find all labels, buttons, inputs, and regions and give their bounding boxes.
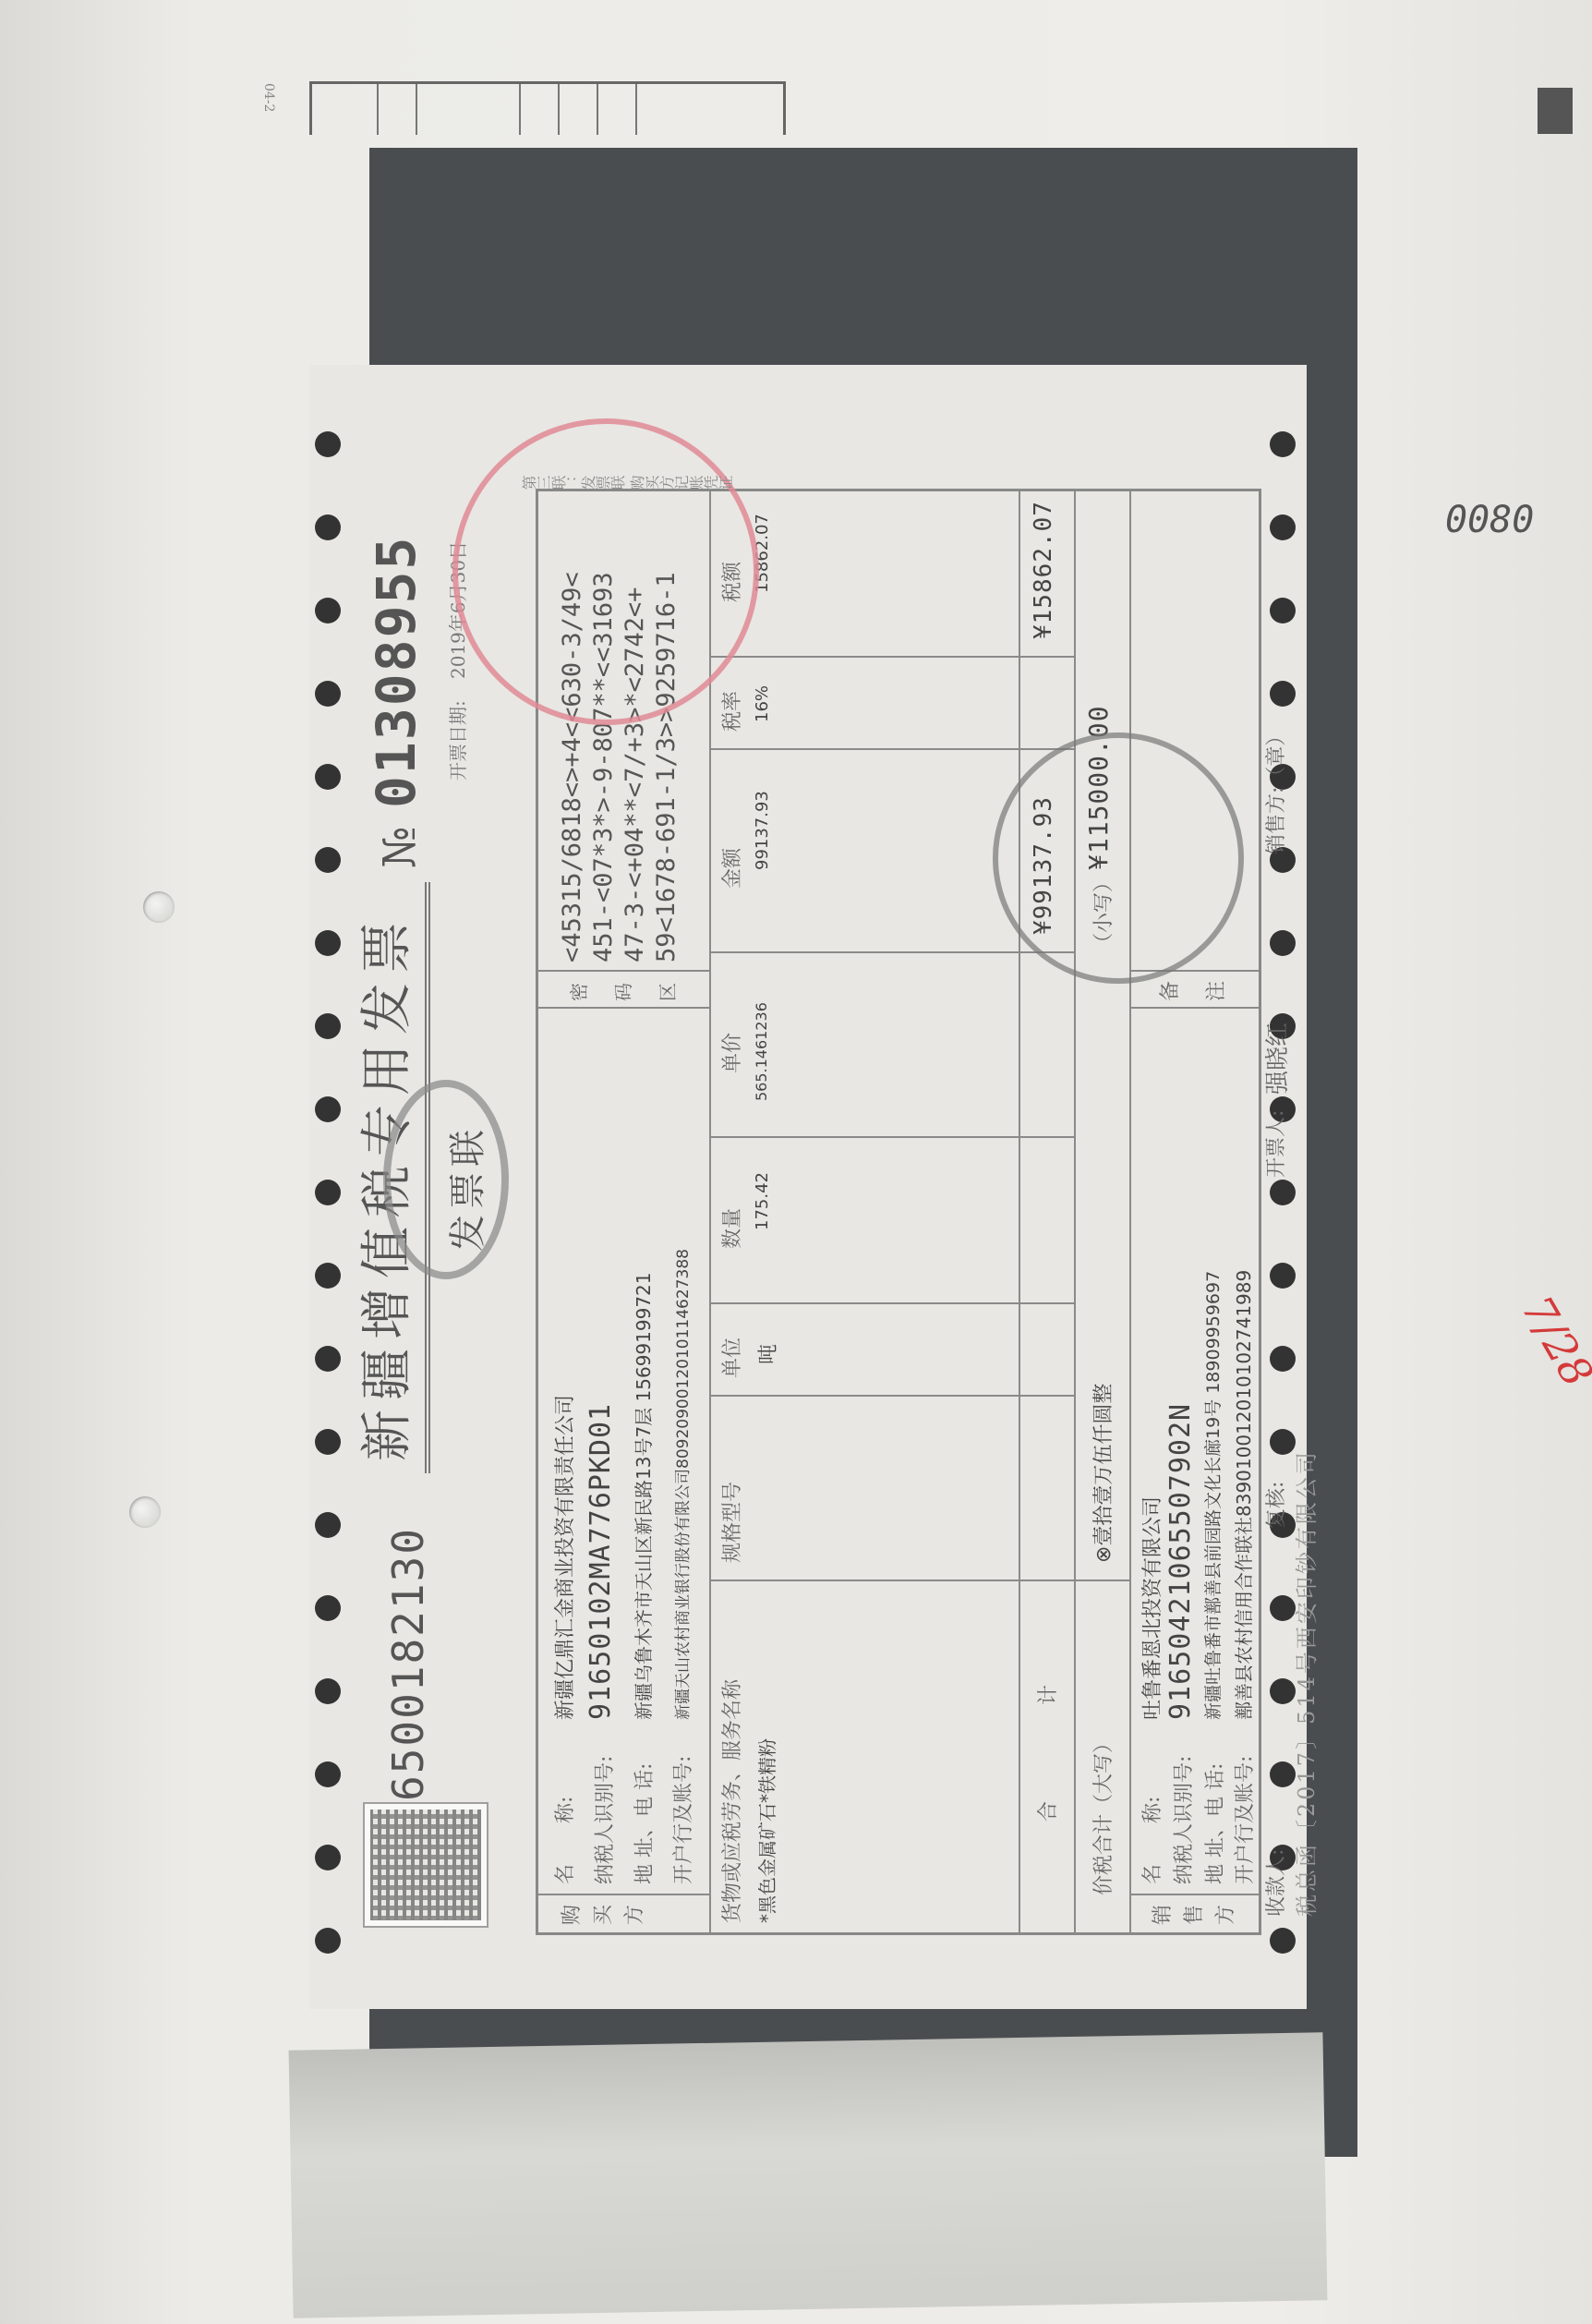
item-tax-rate: 16% (753, 685, 772, 722)
item-quantity: 175.42 (753, 1172, 772, 1230)
item-name: *黑色金属矿石*铁精粉 (753, 1738, 779, 1923)
buyer-section-label: 购买方 (557, 1903, 651, 1925)
drawer-name: 强晓红 (1259, 1023, 1293, 1095)
seller-tax-id: 91650421065507902N (1164, 1403, 1197, 1720)
item-amount: 99137.93 (753, 791, 772, 870)
col-header-unit-price: 单价 (717, 1033, 745, 1073)
buyer-address-label: 地 址、电 话: (629, 1763, 657, 1884)
seller-bank-label: 开户行及账号: (1229, 1756, 1258, 1884)
remarks-label: 备注 (1148, 979, 1240, 1001)
col-header-amount: 金额 (717, 848, 745, 889)
invoice-sheet: 6500182130 新疆增值税专用发票 发票联 № 01308955 开票日期… (309, 365, 1307, 2009)
seller-seal-label: 销售方:（章） (1260, 726, 1289, 854)
number-label: № (374, 827, 426, 868)
buyer-name: 新疆亿鼎汇金商业投资有限责任公司 (549, 1395, 578, 1720)
seller-invoice-seal (993, 732, 1244, 984)
item-unit: 吨 (753, 1344, 781, 1364)
col-header-unit: 单位 (717, 1338, 745, 1378)
seller-section-label: 销售方 (1148, 1903, 1242, 1925)
qr-code (365, 1804, 487, 1926)
seller-name-label: 名 称: (1137, 1797, 1165, 1884)
issue-date-label: 开票日期: (443, 700, 470, 781)
col-header-quantity: 数量 (717, 1208, 745, 1249)
grand-total-label: 价税合计（大写） (1088, 1733, 1116, 1895)
drawer-label: 开票人: (1260, 1110, 1289, 1178)
payee-label: 收款人: (1260, 1849, 1289, 1917)
binder-hole (129, 1496, 161, 1528)
margin-box (309, 81, 786, 135)
col-header-spec: 规格型号 (717, 1482, 745, 1563)
buyer-bank-label: 开户行及账号: (668, 1756, 696, 1884)
buyer-tax-id-label: 纳税人识别号: (589, 1756, 618, 1884)
seller-bank-account: 鄯善县农村信用合作联社839010012010102741989 (1229, 1270, 1256, 1720)
reviewer-label: 复核: (1260, 1482, 1289, 1529)
buyer-address-phone: 新疆乌鲁木齐市天山区新民路13号7层 15699199721 (629, 1272, 656, 1720)
margin-code: 04-2 (261, 83, 276, 112)
red-supervision-seal (452, 418, 759, 725)
cipher-label: 密码区 (557, 979, 690, 1001)
invoice-number: 01308955 (365, 536, 428, 808)
page-number: 0080 (1445, 499, 1534, 541)
copy-label: 发票联 (439, 1124, 491, 1252)
buyer-tax-id: 91650102MA776PKD01 (585, 1403, 617, 1720)
paper-stack (289, 2032, 1328, 2318)
seller-address-label: 地 址、电 话: (1200, 1763, 1228, 1884)
invoice-code: 6500182130 (383, 1527, 433, 1801)
grand-total-words: ⊗壹拾壹万伍仟圆整 (1088, 1384, 1116, 1563)
buyer-name-label: 名 称: (549, 1797, 578, 1884)
item-unit-price: 565.1461236 (753, 1002, 770, 1101)
total-label: 合 计 (1032, 1666, 1061, 1822)
col-header-tax-rate: 税率 (717, 691, 745, 732)
printer-note: 税总函〔2017〕514号西安印钞有限公司 (1288, 1449, 1321, 1917)
binder-hole (143, 891, 175, 923)
seller-address-phone: 新疆吐鲁番市鄯善县前园路文化长廊19号 18909959697 (1200, 1271, 1224, 1720)
buyer-bank-account: 新疆天山农村商业银行股份有限公司8092090012010114627388 (669, 1249, 693, 1720)
copy-side-note: 第三联：发票联 购买方记账凭证 (522, 473, 983, 494)
seller-tax-id-label: 纳税人识别号: (1168, 1756, 1197, 1884)
total-tax: ¥15862.07 (1030, 501, 1057, 639)
corner-tab (1538, 88, 1573, 134)
seller-name: 吐鲁番恩北投资有限公司 (1137, 1496, 1165, 1720)
col-header-name: 货物或应税劳务、服务名称 (717, 1679, 745, 1923)
